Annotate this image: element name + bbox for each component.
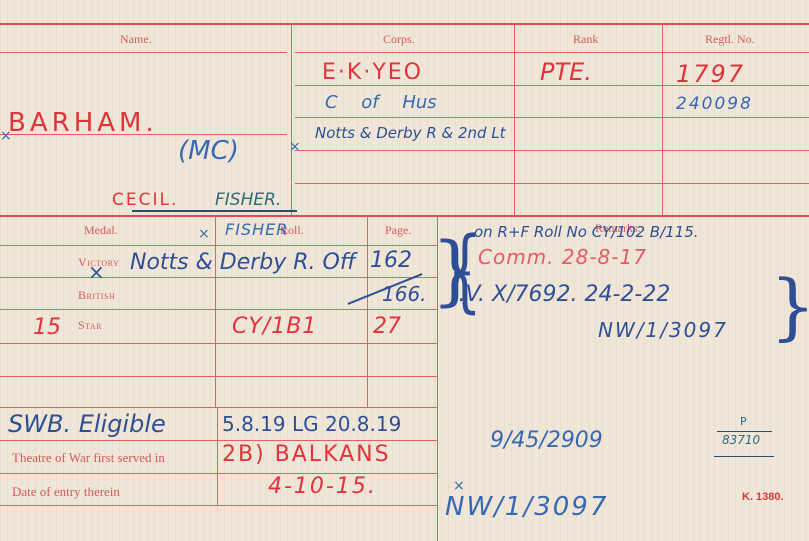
rule — [291, 23, 292, 215]
medal-header: Medal. — [84, 223, 118, 238]
corps-line-2: C of Hus — [325, 92, 437, 113]
remarks-line-4: NW/1/3097 — [598, 318, 728, 342]
rule — [0, 343, 437, 344]
date-entry-label: Date of entry therein — [12, 484, 120, 500]
rule — [295, 183, 809, 184]
name-header: Name. — [120, 32, 152, 47]
page-header: Page. — [385, 223, 411, 238]
rule — [662, 23, 663, 215]
rank-header: Rank — [573, 32, 598, 47]
corps-line-3: Notts & Derby R & 2nd Lt — [315, 124, 506, 142]
victory-roll: Notts & Derby R. Off — [130, 250, 356, 275]
eligible-dates: 5.8.19 LG 20.8.19 — [222, 412, 401, 436]
star-prefix: 15 — [33, 315, 61, 340]
star-page: 27 — [373, 314, 401, 339]
rule — [0, 215, 809, 217]
fraction-top: P — [740, 415, 747, 428]
rule — [217, 407, 218, 505]
remarks-line-2: Comm. 28-8-17 — [478, 245, 647, 269]
rule — [0, 277, 437, 278]
star-roll: CY/1B1 — [232, 314, 317, 339]
fraction-underline — [714, 456, 774, 457]
medal-index-card: Name. Corps. Rank Regtl. No. BARHAM. (MC… — [0, 0, 809, 541]
rule — [0, 440, 437, 441]
rule — [0, 52, 287, 53]
forenames-blue: FISHER. — [215, 190, 281, 210]
remarks-line-3: I.V. X/7692. 24-2-22 — [452, 282, 670, 307]
eligible-note: SWB. Eligible — [8, 410, 166, 438]
rule — [514, 23, 515, 215]
cross-mark-icon: × — [0, 128, 12, 144]
name-underline — [132, 210, 297, 212]
rule — [295, 150, 809, 151]
rule — [0, 505, 437, 506]
remarks-line-1: on R+F Roll No CY/102 B/115. — [474, 223, 699, 241]
rule — [295, 52, 809, 53]
fraction-bar — [717, 431, 772, 432]
reference-1: 9/45/2909 — [490, 428, 603, 453]
theatre-value: 2B) BALKANS — [222, 442, 391, 467]
honour: (MC) — [178, 136, 239, 166]
medal-british-label: British — [78, 288, 115, 303]
rule — [0, 407, 437, 408]
corps-header: Corps. — [383, 32, 415, 47]
victory-page: 162 — [370, 248, 412, 273]
rule — [0, 376, 437, 377]
cross-mark-icon: × — [88, 260, 105, 284]
rule — [367, 215, 368, 407]
brace-mark: } — [770, 270, 809, 342]
cross-mark-icon: × — [289, 139, 301, 155]
forenames-red: CECIL. — [112, 190, 178, 210]
rule — [295, 117, 809, 118]
surname: BARHAM. — [8, 108, 158, 138]
rank-value: PTE. — [540, 58, 592, 86]
cross-mark-icon: × — [198, 226, 210, 242]
regt-no-1: 1797 — [676, 60, 745, 88]
regt-no-header: Regtl. No. — [705, 32, 755, 47]
regt-no-2: 240098 — [676, 94, 753, 114]
rule — [0, 309, 437, 310]
date-entry-value: 4-10-15. — [268, 474, 377, 499]
rule — [0, 245, 437, 246]
corps-line-1: E·K·YEO — [322, 60, 423, 85]
rule — [0, 23, 809, 25]
reference-2: NW/1/3097 — [445, 492, 608, 522]
form-number: K. 1380. — [742, 491, 784, 503]
fraction-bottom: 83710 — [722, 433, 760, 447]
british-page: 166. — [382, 282, 427, 306]
roll-note: FISHER — [225, 220, 288, 239]
theatre-label: Theatre of War first served in — [12, 450, 165, 466]
medal-star-label: Star — [78, 318, 102, 333]
rule — [215, 215, 216, 407]
cross-mark-icon: × — [453, 478, 465, 494]
